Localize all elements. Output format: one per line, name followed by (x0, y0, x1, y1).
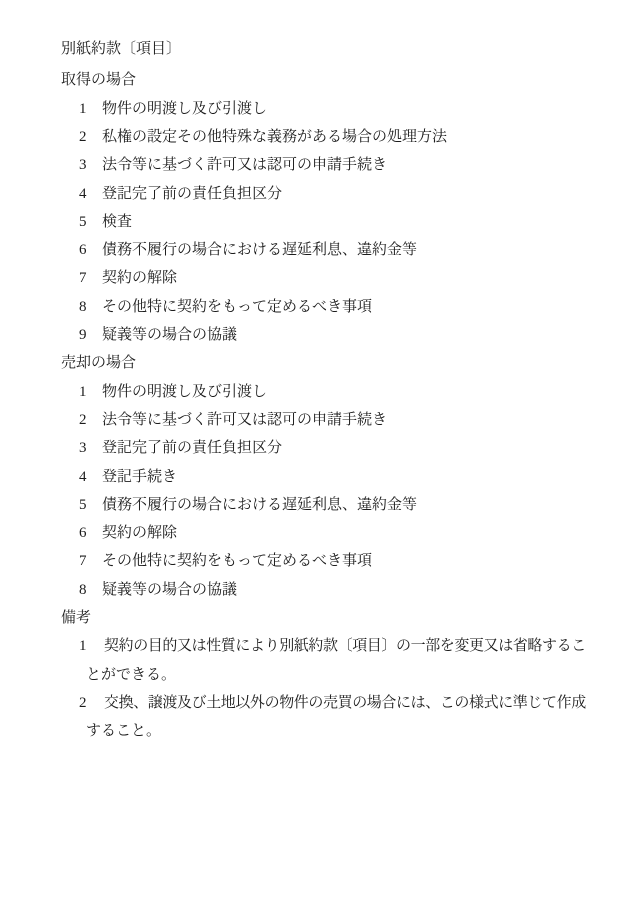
list-item-line: 4登記完了前の責任負担区分 (0, 185, 630, 204)
item-number: 6 (79, 241, 87, 260)
item-text: 私権の設定その他特殊な義務がある場合の処理方法 (102, 128, 447, 147)
document-title-line: 別紙約款〔項目〕 (0, 40, 630, 59)
item-text: 物件の明渡し及び引渡し (102, 100, 267, 119)
list-item-line: 4登記手続き (0, 468, 630, 487)
remark-item-line: 1契約の目的又は性質により別紙約款〔項目〕の一部を変更又は省略するこ (0, 637, 630, 656)
item-number: 4 (79, 185, 87, 204)
remark-item-line: 2交換、譲渡及び土地以外の物件の売買の場合には、この様式に準じて作成 (0, 694, 630, 713)
list-item-line: 2私権の設定その他特殊な義務がある場合の処理方法 (0, 128, 630, 147)
list-item-line: 3登記完了前の責任負担区分 (0, 439, 630, 458)
item-text: 登記手続き (102, 468, 177, 487)
item-number: 3 (79, 439, 87, 458)
list-item-line: 6契約の解除 (0, 524, 630, 543)
item-text: 法令等に基づく許可又は認可の申請手続き (102, 156, 387, 175)
list-item-line: 6債務不履行の場合における遅延利息、違約金等 (0, 241, 630, 260)
remarks-heading-line: 備考 (0, 609, 630, 628)
item-number: 5 (79, 496, 87, 515)
remark-text-line1: 交換、譲渡及び土地以外の物件の売買の場合には、この様式に準じて作成 (104, 694, 586, 713)
item-text: 債務不履行の場合における遅延利息、違約金等 (102, 241, 417, 260)
item-text: 登記完了前の責任負担区分 (102, 185, 282, 204)
item-text: 検査 (102, 213, 132, 232)
list-item-line: 5検査 (0, 213, 630, 232)
list-item-line: 9疑義等の場合の協議 (0, 326, 630, 345)
list-item-line: 1物件の明渡し及び引渡し (0, 383, 630, 402)
remark-number: 1 (79, 637, 87, 656)
item-text: その他特に契約をもって定めるべき事項 (102, 298, 372, 317)
remark-continuation-line: すること。 (0, 722, 630, 741)
list-item-line: 5債務不履行の場合における遅延利息、違約金等 (0, 496, 630, 515)
document-page: 別紙約款〔項目〕取得の場合1物件の明渡し及び引渡し2私権の設定その他特殊な義務が… (0, 0, 630, 903)
list-item-line: 3法令等に基づく許可又は認可の申請手続き (0, 156, 630, 175)
section-heading-line: 取得の場合 (0, 71, 630, 90)
item-text: 登記完了前の責任負担区分 (102, 439, 282, 458)
list-item-line: 2法令等に基づく許可又は認可の申請手続き (0, 411, 630, 430)
item-number: 7 (79, 552, 87, 571)
list-item-line: 8その他特に契約をもって定めるべき事項 (0, 298, 630, 317)
remark-number: 2 (79, 694, 87, 713)
item-text: 疑義等の場合の協議 (102, 581, 237, 600)
item-number: 3 (79, 156, 87, 175)
item-text: 契約の解除 (102, 524, 177, 543)
section-heading-line: 売却の場合 (0, 354, 630, 373)
item-number: 8 (79, 298, 87, 317)
section-heading: 売却の場合 (61, 354, 136, 373)
remark-text-line2: とができる。 (86, 666, 176, 685)
item-number: 2 (79, 128, 87, 147)
item-number: 8 (79, 581, 87, 600)
item-number: 7 (79, 269, 87, 288)
item-text: 契約の解除 (102, 269, 177, 288)
remark-text-line1: 契約の目的又は性質により別紙約款〔項目〕の一部を変更又は省略するこ (104, 637, 586, 656)
item-number: 5 (79, 213, 87, 232)
item-number: 9 (79, 326, 87, 345)
list-item-line: 7その他特に契約をもって定めるべき事項 (0, 552, 630, 571)
item-number: 4 (79, 468, 87, 487)
item-number: 1 (79, 100, 87, 119)
item-number: 1 (79, 383, 87, 402)
list-item-line: 8疑義等の場合の協議 (0, 581, 630, 600)
page-title: 別紙約款〔項目〕 (61, 40, 181, 59)
section-heading: 取得の場合 (61, 71, 136, 90)
item-text: 疑義等の場合の協議 (102, 326, 237, 345)
list-item-line: 1物件の明渡し及び引渡し (0, 100, 630, 119)
remark-text-line2: すること。 (86, 722, 161, 741)
item-text: その他特に契約をもって定めるべき事項 (102, 552, 372, 571)
item-number: 2 (79, 411, 87, 430)
item-number: 6 (79, 524, 87, 543)
item-text: 債務不履行の場合における遅延利息、違約金等 (102, 496, 417, 515)
remark-continuation-line: とができる。 (0, 666, 630, 685)
list-item-line: 7契約の解除 (0, 269, 630, 288)
item-text: 物件の明渡し及び引渡し (102, 383, 267, 402)
remarks-heading: 備考 (61, 609, 91, 628)
item-text: 法令等に基づく許可又は認可の申請手続き (102, 411, 387, 430)
